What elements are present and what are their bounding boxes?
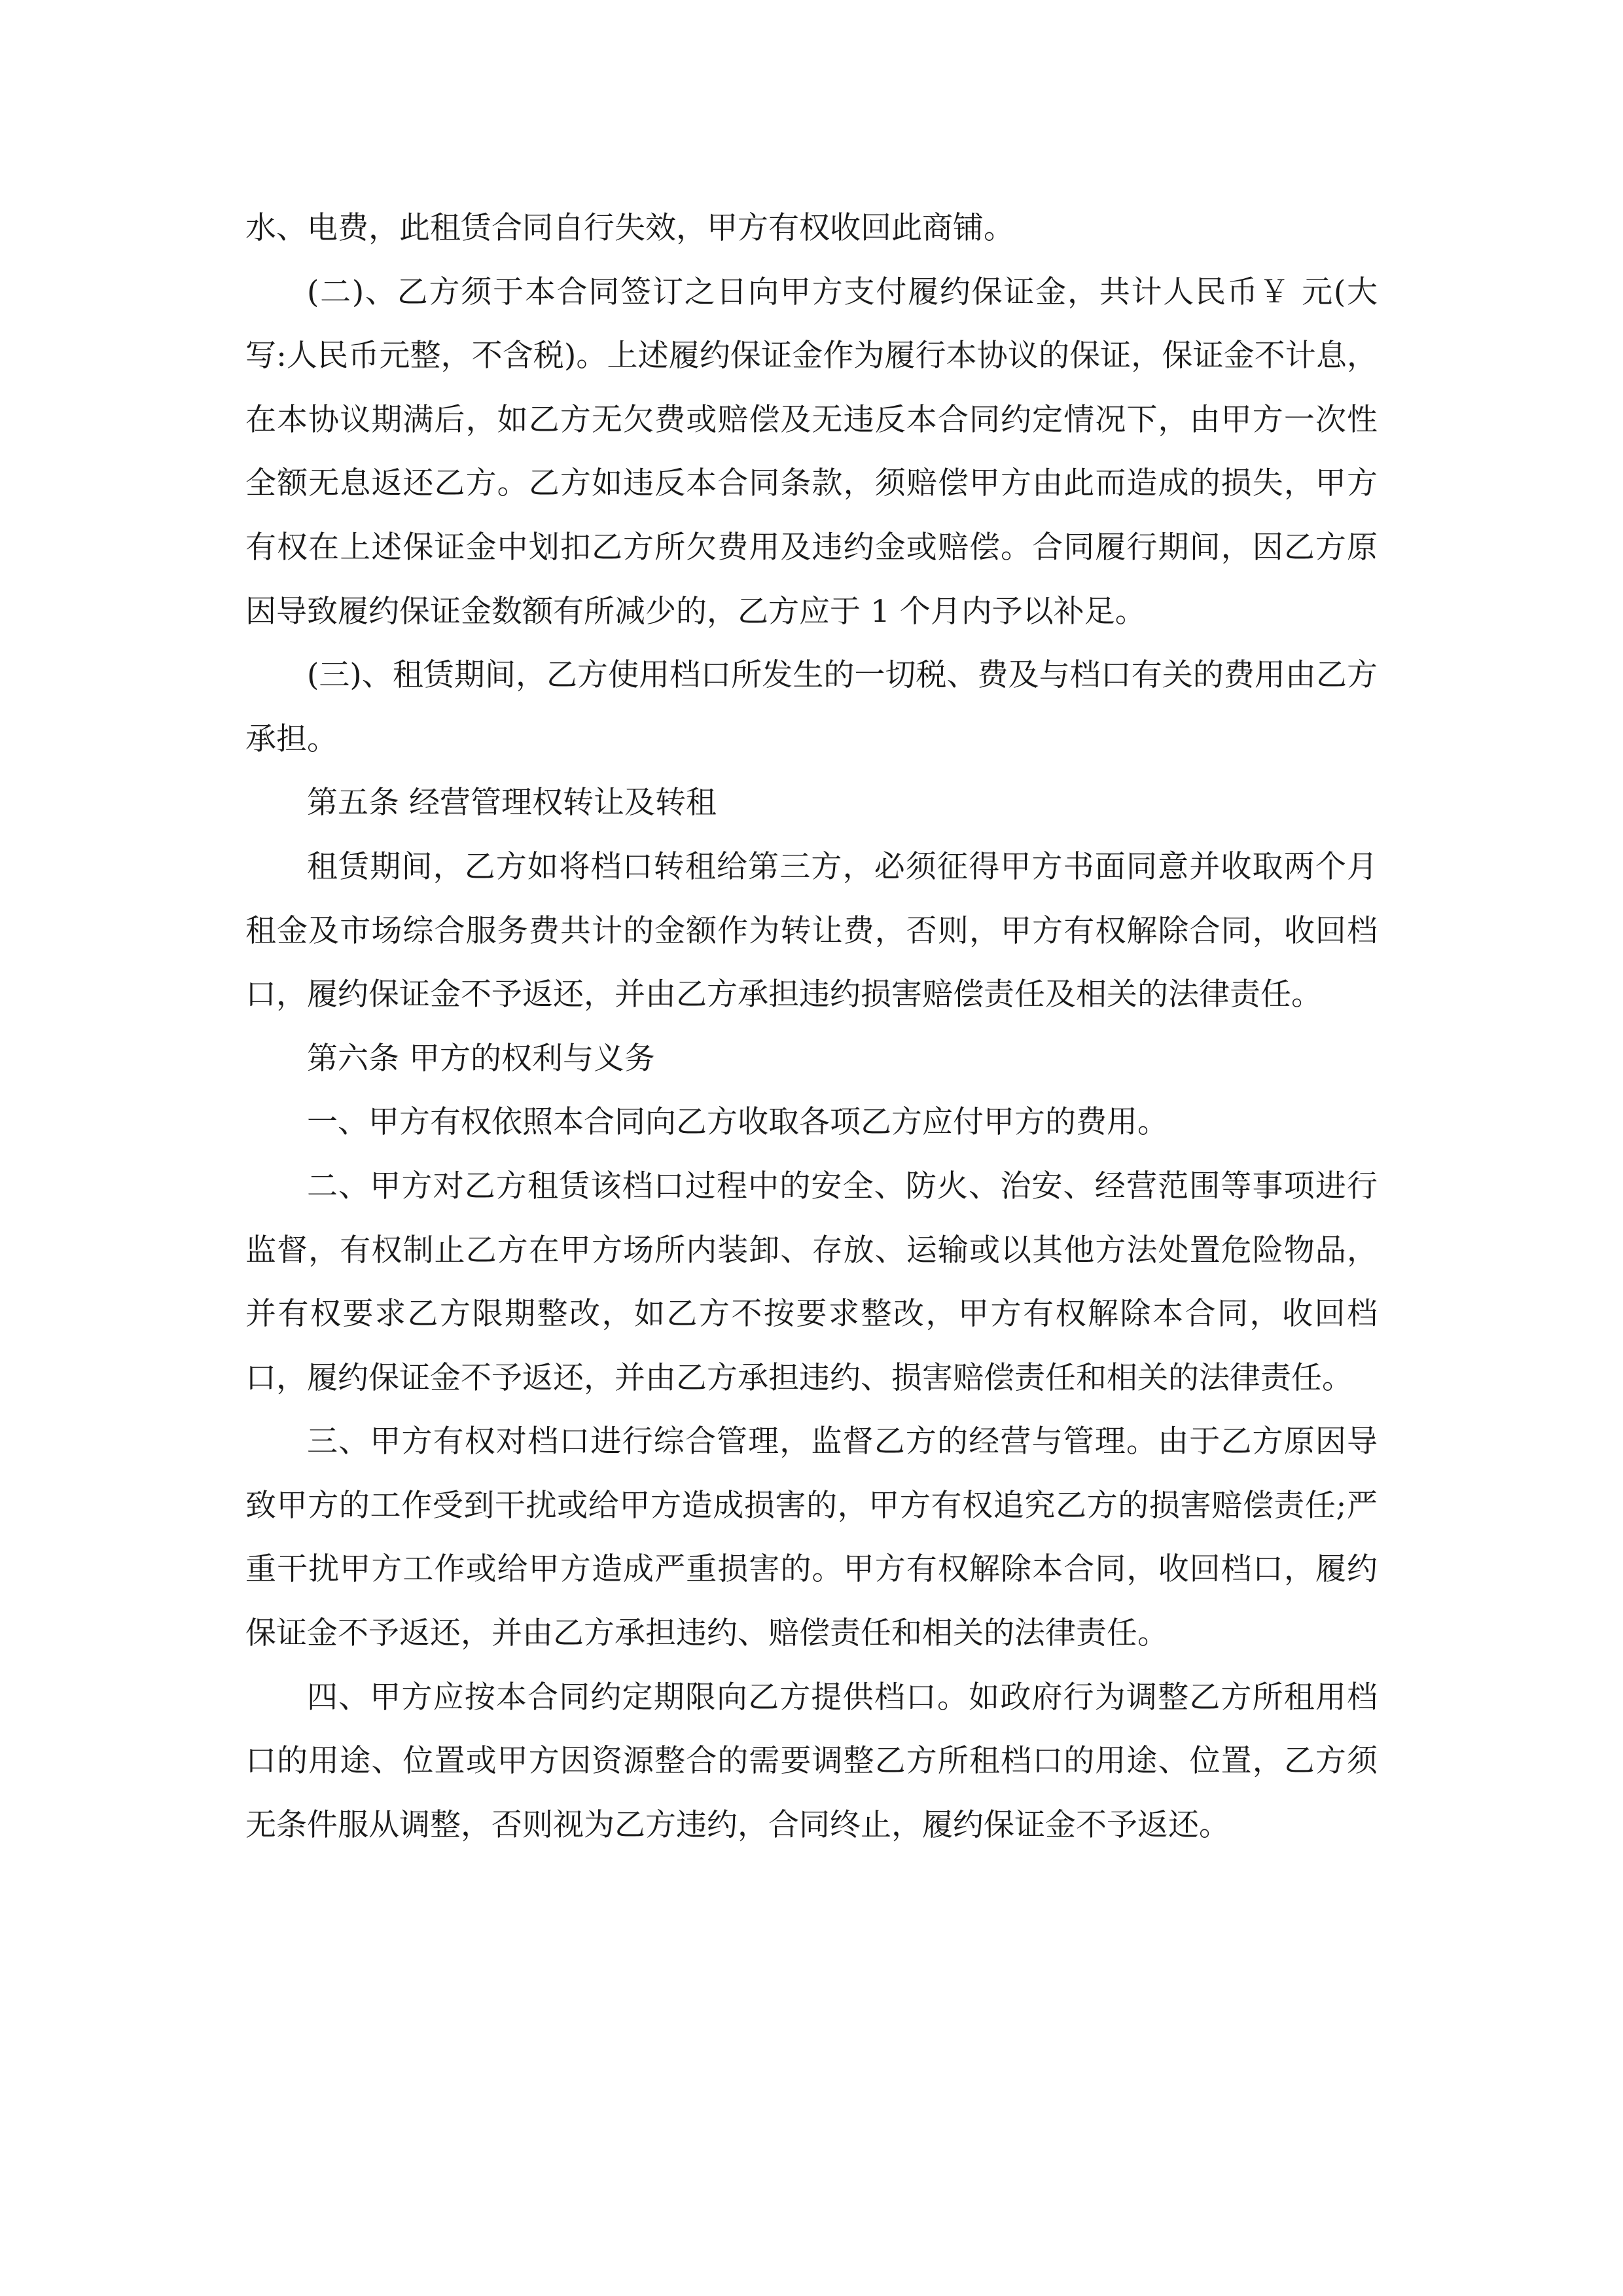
heading-article-5: 第五条 经营管理权转让及转租	[245, 771, 1378, 835]
paragraph-party-a-right-1: 一、甲方有权依照本合同向乙方收取各项乙方应付甲方的费用。	[245, 1090, 1378, 1155]
paragraph-party-a-right-4: 四、甲方应按本合同约定期限向乙方提供档口。如政府行为调整乙方所租用档口的用途、位…	[245, 1666, 1378, 1857]
paragraph-party-a-right-2: 二、甲方对乙方租赁该档口过程中的安全、防火、治安、经营范围等事项进行监督，有权制…	[245, 1155, 1378, 1410]
paragraph-sublease-clause: 租赁期间，乙方如将档口转租给第三方，必须征得甲方书面同意并收取两个月租金及市场综…	[245, 835, 1378, 1027]
heading-article-6: 第六条 甲方的权利与义务	[245, 1027, 1378, 1091]
paragraph-continuation: 水、电费，此租赁合同自行失效，甲方有权收回此商铺。	[245, 196, 1378, 260]
document-page: 水、电费，此租赁合同自行失效，甲方有权收回此商铺。 (二)、乙方须于本合同签订之…	[245, 196, 1378, 1857]
paragraph-party-a-right-3: 三、甲方有权对档口进行综合管理，监督乙方的经营与管理。由于乙方原因导致甲方的工作…	[245, 1410, 1378, 1665]
paragraph-deposit-clause: (二)、乙方须于本合同签订之日向甲方支付履约保证金，共计人民币￥ 元(大写:人民…	[245, 260, 1378, 644]
paragraph-taxes-clause: (三)、租赁期间，乙方使用档口所发生的一切税、费及与档口有关的费用由乙方承担。	[245, 643, 1378, 771]
